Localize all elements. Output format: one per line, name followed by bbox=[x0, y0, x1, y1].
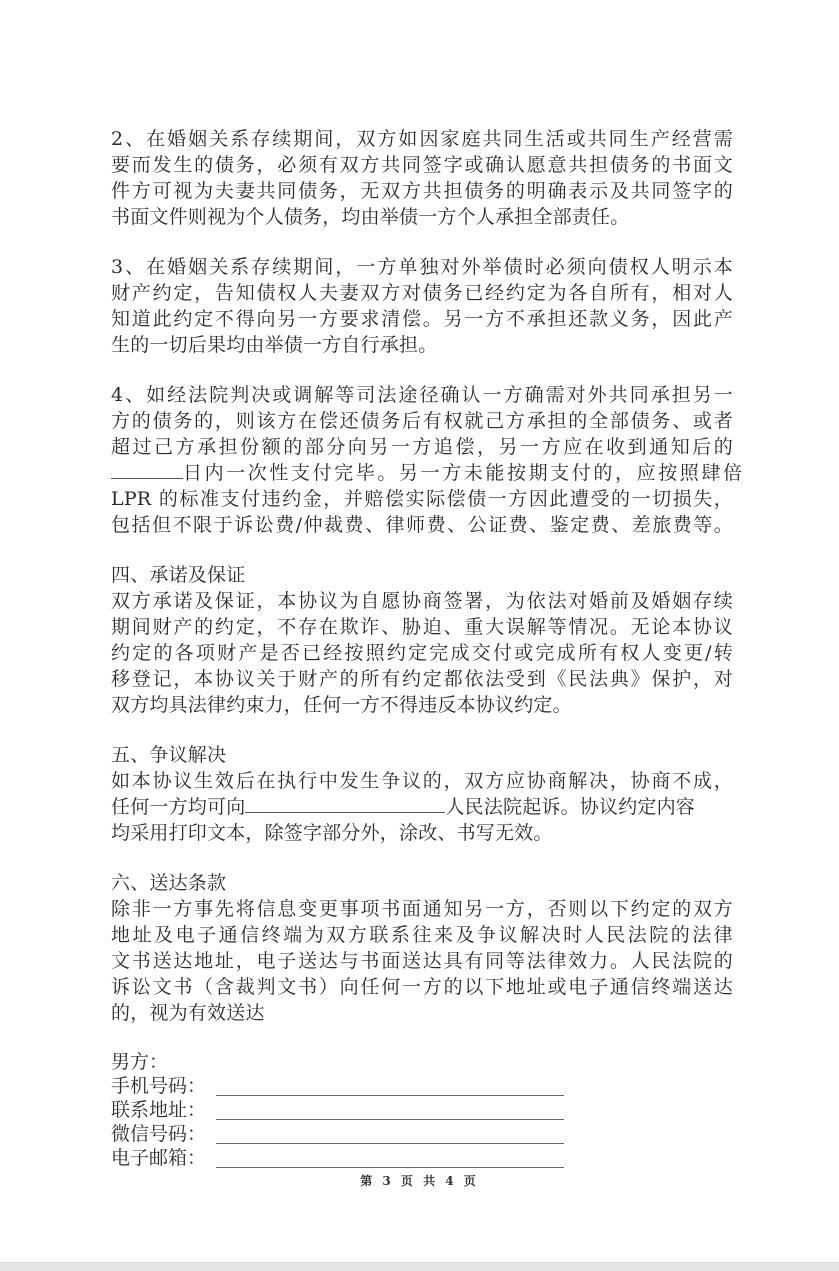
text-line: 均采用打印文本，除签字部分外，涂改、书写无效。 bbox=[111, 820, 733, 846]
text-line: 4、如经法院判决或调解等司法途径确认一方确需对外共同承担另一 bbox=[111, 382, 733, 408]
wechat-field[interactable] bbox=[216, 1125, 564, 1144]
phone-row: 手机号码： bbox=[111, 1074, 733, 1098]
text-line: 书面文件则视为个人债务，均由举债一方个人承担全部责任。 bbox=[111, 204, 733, 230]
phone-field[interactable] bbox=[216, 1077, 564, 1096]
wechat-label: 微信号码： bbox=[111, 1122, 216, 1146]
text-line: 知道此约定不得向另一方要求清偿。另一方不承担还款义务，因此产 bbox=[111, 306, 733, 332]
section-heading: 六、送达条款 bbox=[111, 870, 733, 896]
text-line: 包括但不限于诉讼费/仲裁费、律师费、公证费、鉴定费、差旅费等。 bbox=[111, 512, 733, 538]
wechat-row: 微信号码： bbox=[111, 1122, 733, 1146]
party-label-row: 男方： bbox=[111, 1050, 733, 1074]
document-body: 2、在婚姻关系存续期间，双方如因家庭共同生活或共同生产经营需 要而发生的债务，必… bbox=[111, 126, 733, 1170]
page-number-footer: 第 3 页 共 4 页 bbox=[0, 1172, 839, 1189]
text-line: 超过己方承担份额的部分向另一方追偿，另一方应在收到通知后的 bbox=[111, 434, 733, 460]
section-4-commitment: 四、承诺及保证 双方承诺及保证，本协议为自愿协商签署，为依法对婚前及婚姻存续 期… bbox=[111, 562, 733, 718]
address-field[interactable] bbox=[216, 1101, 564, 1120]
text-line-with-blank: 任何一方均可向人民法院起诉。协议约定内容 bbox=[111, 794, 733, 820]
text-line: 要而发生的债务，必须有双方共同签字或确认愿意共担债务的书面文 bbox=[111, 152, 733, 178]
section-heading: 五、争议解决 bbox=[111, 742, 733, 768]
party-label: 男方： bbox=[111, 1050, 216, 1074]
phone-label: 手机号码： bbox=[111, 1074, 216, 1098]
email-row: 电子邮箱： bbox=[111, 1146, 733, 1170]
text-line: 除非一方事先将信息变更事项书面通知另一方，否则以下约定的双方 bbox=[111, 896, 733, 922]
contact-info-block: 男方： 手机号码： 联系地址： 微信号码： 电子邮箱： bbox=[111, 1050, 733, 1170]
bottom-scroll-edge bbox=[0, 1262, 839, 1271]
text-line: 双方均具法律约束力，任何一方不得违反本协议约定。 bbox=[111, 692, 733, 718]
email-label: 电子邮箱： bbox=[111, 1146, 216, 1170]
text-line: 期间财产的约定，不存在欺诈、胁迫、重大误解等情况。无论本协议 bbox=[111, 614, 733, 640]
address-label: 联系地址： bbox=[111, 1098, 216, 1122]
clause-4-paragraph: 4、如经法院判决或调解等司法途径确认一方确需对外共同承担另一 方的债务的，则该方… bbox=[111, 382, 733, 538]
clause-3-paragraph: 3、在婚姻关系存续期间，一方单独对外举债时必须向债权人明示本 财产约定，告知债权… bbox=[111, 254, 733, 358]
text-fragment: 日内一次性支付完毕。另一方未能按期支付的，应按照肆倍 bbox=[183, 462, 745, 484]
text-line-with-blank: 日内一次性支付完毕。另一方未能按期支付的，应按照肆倍 bbox=[111, 460, 733, 486]
text-line: 移登记，本协议关于财产的所有约定都依法受到《民法典》保护，对 bbox=[111, 666, 733, 692]
days-blank-field[interactable] bbox=[111, 460, 183, 479]
text-line: LPR 的标准支付违约金，并赔偿实际偿债一方因此遭受的一切损失， bbox=[111, 486, 733, 512]
text-line: 诉讼文书（含裁判文书）向任何一方的以下地址或电子通信终端送达 bbox=[111, 974, 733, 1000]
address-row: 联系地址： bbox=[111, 1098, 733, 1122]
text-line: 2、在婚姻关系存续期间，双方如因家庭共同生活或共同生产经营需 bbox=[111, 126, 733, 152]
document-page: 2、在婚姻关系存续期间，双方如因家庭共同生活或共同生产经营需 要而发生的债务，必… bbox=[0, 0, 839, 1258]
text-line: 如本协议生效后在执行中发生争议的，双方应协商解决，协商不成， bbox=[111, 768, 733, 794]
text-line: 生的一切后果均由举债一方自行承担。 bbox=[111, 332, 733, 358]
text-fragment: 任何一方均可向 bbox=[111, 796, 245, 818]
text-line: 地址及电子通信终端为双方联系往来及争议解决时人民法院的法律 bbox=[111, 922, 733, 948]
clause-2-paragraph: 2、在婚姻关系存续期间，双方如因家庭共同生活或共同生产经营需 要而发生的债务，必… bbox=[111, 126, 733, 230]
court-name-blank-field[interactable] bbox=[245, 794, 445, 813]
text-line: 双方承诺及保证，本协议为自愿协商签署，为依法对婚前及婚姻存续 bbox=[111, 588, 733, 614]
section-5-dispute-resolution: 五、争议解决 如本协议生效后在执行中发生争议的，双方应协商解决，协商不成， 任何… bbox=[111, 742, 733, 846]
text-fragment: 人民法院起诉。协议约定内容 bbox=[445, 796, 695, 818]
text-line: 件方可视为夫妻共同债务，无双方共担债务的明确表示及共同签字的 bbox=[111, 178, 733, 204]
text-line: 的，视为有效送达 bbox=[111, 1000, 733, 1026]
section-6-service-clause: 六、送达条款 除非一方事先将信息变更事项书面通知另一方，否则以下约定的双方 地址… bbox=[111, 870, 733, 1026]
text-line: 财产约定，告知债权人夫妻双方对债务已经约定为各自所有，相对人 bbox=[111, 280, 733, 306]
text-line: 3、在婚姻关系存续期间，一方单独对外举债时必须向债权人明示本 bbox=[111, 254, 733, 280]
section-heading: 四、承诺及保证 bbox=[111, 562, 733, 588]
text-line: 方的债务的，则该方在偿还债务后有权就己方承担的全部债务、或者 bbox=[111, 408, 733, 434]
email-field[interactable] bbox=[216, 1149, 564, 1168]
text-line: 文书送达地址，电子送达与书面送达具有同等法律效力。人民法院的 bbox=[111, 948, 733, 974]
text-line: 约定的各项财产是否已经按照约定完成交付或完成所有权人变更/转 bbox=[111, 640, 733, 666]
